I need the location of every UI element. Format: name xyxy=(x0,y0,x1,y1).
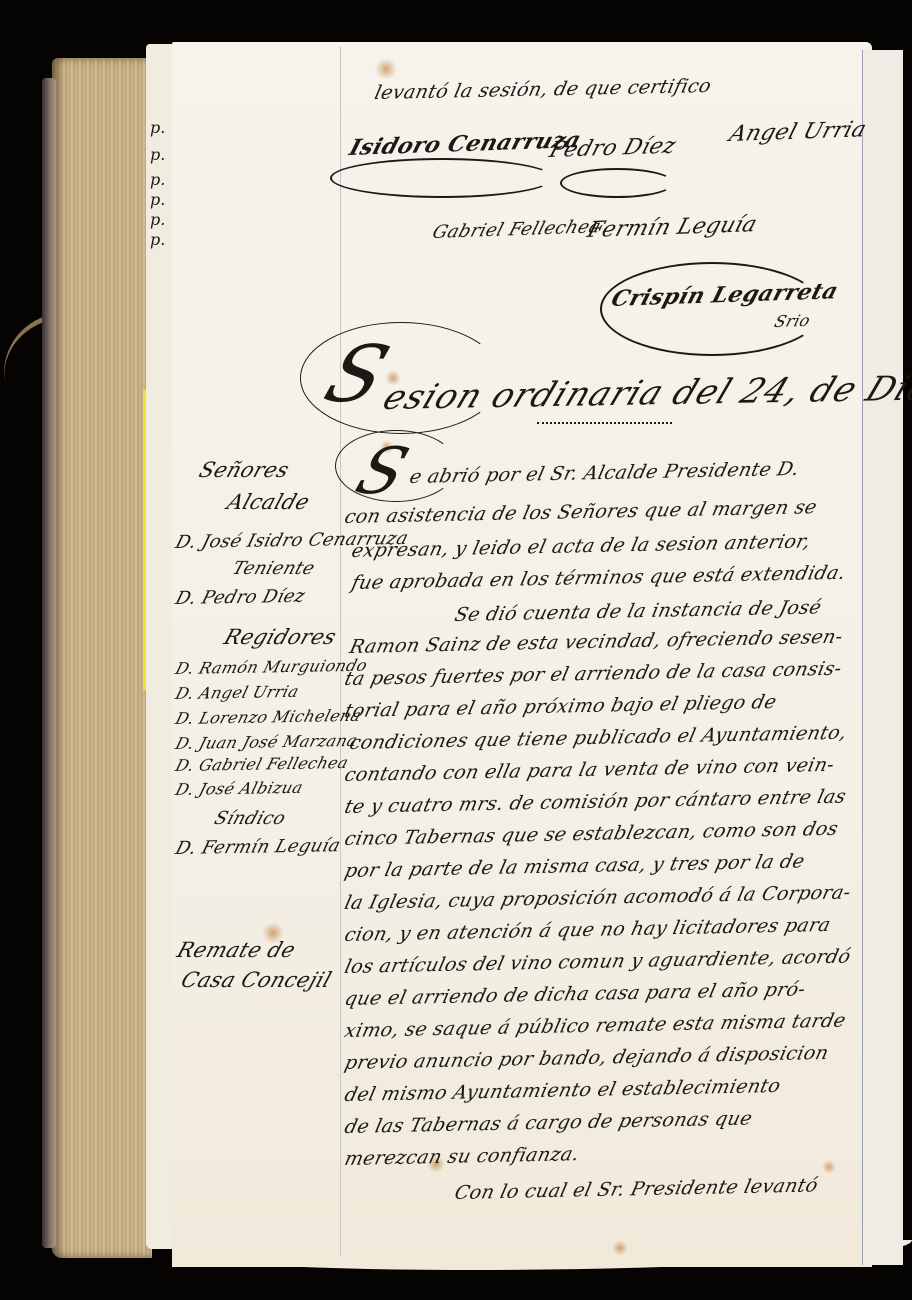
margin-member: D. Lorenzo Michelena xyxy=(173,706,363,728)
previous-page-mark: p. xyxy=(150,190,165,209)
margin-role-sindico: Síndico xyxy=(212,808,289,829)
next-page-edge xyxy=(862,50,903,1265)
margin-member: D. Juan José Marzana xyxy=(173,731,359,753)
margin-member: D. José Albizua xyxy=(173,778,305,799)
stain xyxy=(375,58,397,80)
margin-header: Señores xyxy=(196,458,292,482)
margin-member: D. Fermín Leguía xyxy=(173,835,343,859)
margin-role-regidores: Regidores xyxy=(221,625,339,649)
margin-member: D. Pedro Díez xyxy=(173,586,307,609)
margin-rule-line xyxy=(340,46,341,1256)
margin-subject-note: Casa Concejil xyxy=(178,968,335,992)
page-stack-edge xyxy=(52,58,152,1258)
title-underline xyxy=(537,418,672,424)
margin-role-teniente: Teniente xyxy=(230,558,318,579)
manuscript-scan: p. p. p. p. p. p. levantó la sesión, de … xyxy=(0,0,912,1300)
previous-page-mark: p. xyxy=(150,230,165,249)
margin-role-alcalde: Alcalde xyxy=(224,490,313,514)
previous-page-mark: p. xyxy=(150,210,165,229)
signature: Angel Urria xyxy=(726,117,869,147)
stain xyxy=(612,1240,628,1256)
margin-subject-note: Remate de xyxy=(174,938,299,962)
previous-page-mark: p. xyxy=(150,118,165,137)
previous-page-mark: p. xyxy=(150,145,165,164)
stain xyxy=(822,1160,836,1174)
signature-flourish xyxy=(330,158,554,198)
signature: Pedro Díez xyxy=(546,134,679,163)
margin-member: D. Angel Urria xyxy=(173,682,301,703)
signature-flourish xyxy=(600,262,824,356)
signature-flourish xyxy=(560,168,674,198)
margin-member: D. Ramón Murguiondo xyxy=(173,656,369,678)
margin-member: D. Gabriel Fellechea xyxy=(173,753,350,775)
previous-page-mark: p. xyxy=(150,170,165,189)
